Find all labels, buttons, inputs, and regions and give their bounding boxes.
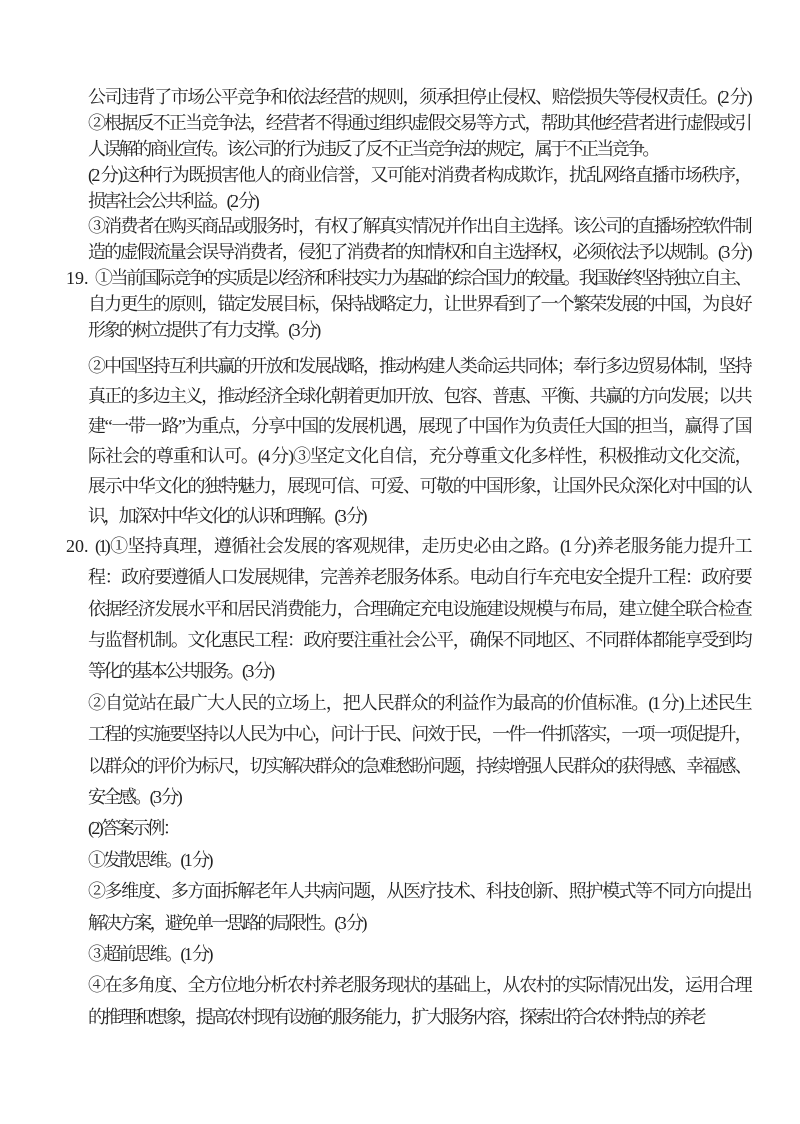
answer-line-text: ①当前国际竞争的实质是以经济和科技实力为基础的综合国力的较量。我国始终坚持独立自… xyxy=(95,266,750,292)
scanned-answer-key-page: 公司违背了市场公平竞争和依法经营的规则，须承担停止侵权、赔偿损失等侵权责任。(2… xyxy=(0,0,800,1124)
answer-line: 工程的实施要坚持以人民为中心，问计于民、问效于民，一件一件抓落实，一项一项促提升… xyxy=(88,719,750,750)
answer-line: 以群众的评价为标尺，切实解决群众的急难愁盼问题，持续增强人民群众的获得感、幸福感… xyxy=(88,751,750,782)
answer-line: 自力更生的原则，锚定发展目标，保持战略定力，让世界看到了一个繁荣发展的中国，为良… xyxy=(88,292,750,318)
answer-line: 公司违背了市场公平竞争和依法经营的规则，须承担停止侵权、赔偿损失等侵权责任。(2… xyxy=(88,85,750,111)
answer-line: 人误解的商业宣传。该公司的行为违反了反不正当竞争法的规定，属于不正当竞争。 xyxy=(88,137,750,163)
answer-line: (2)答案示例： xyxy=(88,813,750,844)
answer-line: ③超前思维。(1 分) xyxy=(88,939,750,970)
line-group-bottom: 20. (1)①坚持真理，遵循社会发展的客观规律，走历史必由之路。(1 分)养老… xyxy=(0,531,800,1033)
question-number-19: 19. xyxy=(66,266,95,292)
answer-line: 安全感。(3 分) xyxy=(88,782,750,813)
answer-line: ④在多角度、全方位地分析农村养老服务现状的基础上，从农村的实际情况出发，运用合理 xyxy=(88,970,750,1001)
answer-line: ①发散思维。(1 分) xyxy=(88,845,750,876)
answer-line: 解决方案，避免单一思路的局限性。(3 分) xyxy=(88,908,750,939)
answer-line: 际社会的尊重和认可。(4 分)③坚定文化自信，充分尊重文化多样性，积极推动文化交… xyxy=(88,441,750,471)
answer-line: 真正的多边主义，推动经济全球化朝着更加开放、包容、普惠、平衡、共赢的方向发展；以… xyxy=(88,381,750,411)
line-group-top: 公司违背了市场公平竞争和依法经营的规则，须承担停止侵权、赔偿损失等侵权责任。(2… xyxy=(0,85,800,344)
answer-line: ③消费者在购买商品或服务时，有权了解真实情况并作出自主选择。该公司的直播场控软件… xyxy=(88,214,750,240)
answer-line: ②根据反不正当竞争法，经营者不得通过组织虚假交易等方式，帮助其他经营者进行虚假或… xyxy=(88,111,750,137)
answer-line: 等化的基本公共服务。(3 分) xyxy=(88,656,750,687)
answer-line: 形象的树立提供了有力支撑。(3 分) xyxy=(88,318,750,344)
answer-line: 建“一带一路”为重点，分享中国的发展机遇，展现了中国作为负责任大国的担当，赢得了… xyxy=(88,411,750,441)
answer-line: 识，加深对中华文化的认识和理解。(3 分) xyxy=(88,501,750,531)
answer-line: 程：政府要遵循人口发展规律，完善养老服务体系。电动自行车充电安全提升工程：政府要 xyxy=(88,562,750,593)
answer-line: 的推理和想象，提高农村现有设施的服务能力，扩大服务内容，探索出符合农村特点的养老 xyxy=(88,1002,750,1033)
answer-line-text: (1)①坚持真理，遵循社会发展的客观规律，走历史必由之路。(1 分)养老服务能力… xyxy=(95,531,750,562)
answer-line: ②中国坚持互利共赢的开放和发展战略，推动构建人类命运共同体；奉行多边贸易体制，坚… xyxy=(88,351,750,381)
answer-line: 造的虚假流量会误导消费者，侵犯了消费者的知情权和自主选择权，必须依法予以规制。(… xyxy=(88,240,750,266)
question-number-20: 20. xyxy=(66,531,95,562)
answer-line-question-20: 20. (1)①坚持真理，遵循社会发展的客观规律，走历史必由之路。(1 分)养老… xyxy=(66,531,750,562)
answer-line: (2 分)这种行为既损害他人的商业信誉，又可能对消费者构成欺诈，扰乱网络直播市场… xyxy=(88,163,750,189)
answer-line: 与监督机制。文化惠民工程：政府要注重社会公平，确保不同地区、不同群体都能享受到均 xyxy=(88,625,750,656)
answer-line: ②多维度、多方面拆解老年人共病问题，从医疗技术、科技创新、照护模式等不同方向提出 xyxy=(88,876,750,907)
answer-line: ②自觉站在最广大人民的立场上，把人民群众的利益作为最高的价值标准。(1 分)上述… xyxy=(88,688,750,719)
answer-line: 展示中华文化的独特魅力，展现可信、可爱、可敬的中国形象，让国外民众深化对中国的认 xyxy=(88,471,750,501)
answer-line: 损害社会公共利益。(2 分) xyxy=(88,189,750,215)
line-group-middle: ②中国坚持互利共赢的开放和发展战略，推动构建人类命运共同体；奉行多边贸易体制，坚… xyxy=(0,351,800,531)
answer-line: 依据经济发展水平和居民消费能力，合理确定充电设施建设规模与布局，建立健全联合检查 xyxy=(88,594,750,625)
answer-line-question-19: 19. ①当前国际竞争的实质是以经济和科技实力为基础的综合国力的较量。我国始终坚… xyxy=(66,266,750,292)
